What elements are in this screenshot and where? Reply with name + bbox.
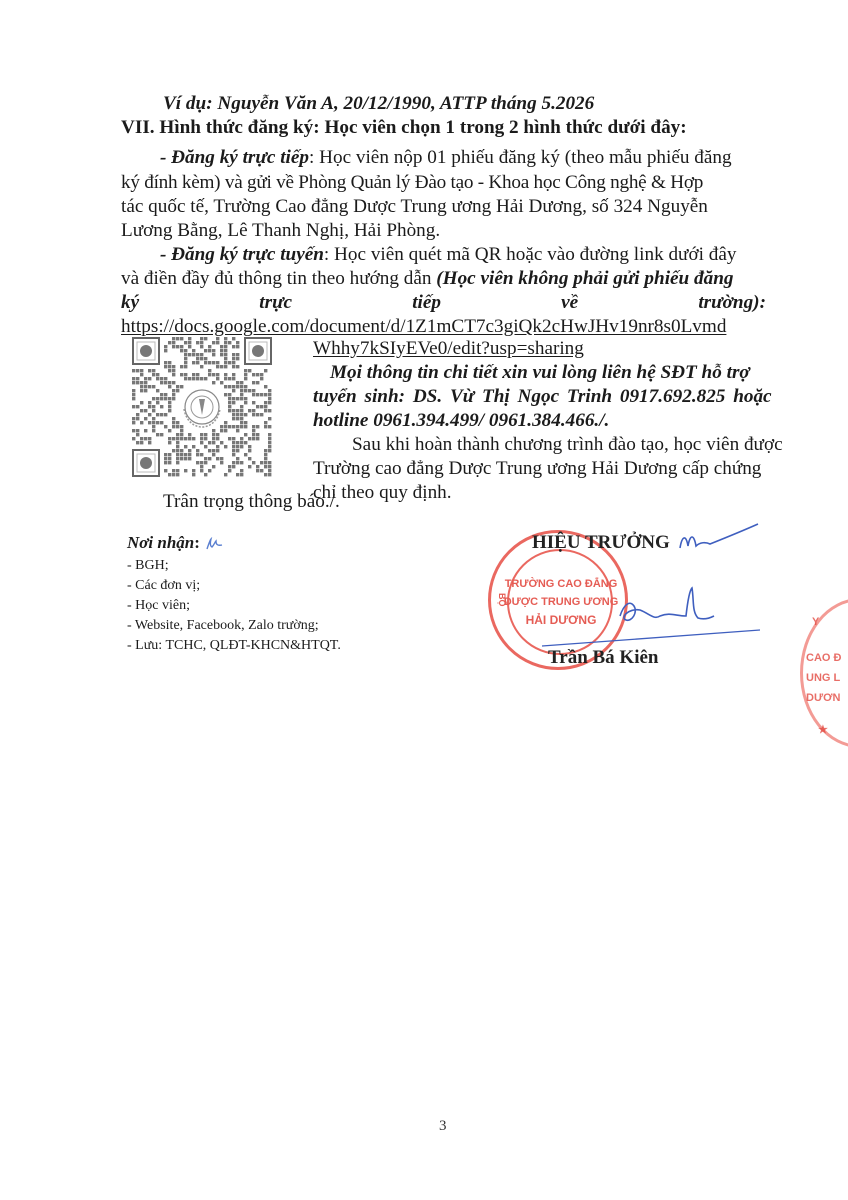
section-heading: VII. Hình thức đăng ký: Học viên chọn 1 … xyxy=(121,116,687,140)
registration-qr-code xyxy=(132,337,272,477)
online-registration-note: (Học viên không phải gửi phiếu đăng xyxy=(436,268,733,289)
recipient-item: - BGH; xyxy=(127,556,169,576)
contact-line-2: tuyển sinh: DS. Vừ Thị Ngọc Trinh 0917.6… xyxy=(313,385,772,409)
partial-stamp-line: UNG L xyxy=(806,670,840,686)
online-registration-line-1: - Đăng ký trực tuyến: Học viên quét mã Q… xyxy=(160,243,736,267)
signer-name: Trần Bá Kiên xyxy=(548,646,659,670)
note-word: tiếp xyxy=(412,291,441,315)
note-word: ký xyxy=(121,291,139,315)
registration-link-line-2[interactable]: Whhy7kSIyEVe0/edit?usp=sharing xyxy=(313,337,584,361)
page-number: 3 xyxy=(439,1118,447,1135)
partial-stamp-line: DƯƠN xyxy=(806,690,840,706)
registration-link-part-1[interactable]: https://docs.google.com/document/d/1Z1mC… xyxy=(121,316,726,337)
direct-registration-line-4: Lương Bằng, Lê Thanh Nghị, Hải Phòng. xyxy=(121,219,440,243)
recipients-title: Nơi nhận: xyxy=(127,533,224,553)
partial-stamp-line: Y xyxy=(812,614,819,630)
online-registration-text: : Học viên quét mã QR hoặc vào đường lin… xyxy=(324,244,737,265)
stamp-side-text: BỘ xyxy=(497,593,507,607)
signer-title: HIỆU TRƯỞNG xyxy=(532,531,670,555)
online-registration-instruction: và điền đầy đủ thông tin theo hướng dẫn xyxy=(121,268,436,289)
note-word: trường): xyxy=(698,291,766,315)
recipients-title-text: Nơi nhận xyxy=(127,533,194,552)
note-word: về xyxy=(561,291,578,315)
qr-code-icon xyxy=(132,337,272,477)
partial-stamp-line: CAO Đ xyxy=(806,650,841,666)
contact-line-1: Mọi thông tin chi tiết xin vui lòng liên… xyxy=(330,361,750,385)
direct-registration-text: : Học viên nộp 01 phiếu đăng ký (theo mẫ… xyxy=(309,147,732,168)
partial-stamp-star-icon: ★ xyxy=(818,722,828,738)
closing-line: Trân trọng thông báo./. xyxy=(163,490,340,514)
recipient-item: - Website, Facebook, Zalo trường; xyxy=(127,616,319,636)
direct-registration-label: - Đăng ký trực tiếp xyxy=(160,147,309,168)
document-page: Ví dụ: Nguyễn Văn A, 20/12/1990, ATTP th… xyxy=(0,0,848,1200)
example-line: Ví dụ: Nguyễn Văn A, 20/12/1990, ATTP th… xyxy=(163,92,594,116)
recipient-item: - Lưu: TCHC, QLĐT-KHCN&HTQT. xyxy=(127,636,341,656)
stamp-line: HẢI DƯƠNG xyxy=(491,613,631,627)
stamp-line: DƯỢC TRUNG ƯƠNG xyxy=(491,595,631,609)
online-registration-line-2: và điền đầy đủ thông tin theo hướng dẫn … xyxy=(121,267,733,291)
completion-line-1: Sau khi hoàn thành chương trình đào tạo,… xyxy=(352,433,783,457)
contact-line-3: hotline 0961.394.499/ 0961.384.466./. xyxy=(313,409,609,433)
stamp-line: TRƯỜNG CAO ĐẲNG xyxy=(491,577,631,591)
initial-mark-icon xyxy=(204,537,224,551)
direct-registration-line-1: - Đăng ký trực tiếp: Học viên nộp 01 phi… xyxy=(160,146,732,170)
registration-link-line-1[interactable]: https://docs.google.com/document/d/1Z1mC… xyxy=(121,315,726,339)
direct-registration-line-3: tác quốc tế, Trường Cao đẳng Dược Trung … xyxy=(121,195,708,219)
recipient-item: - Các đơn vị; xyxy=(127,576,200,596)
online-registration-line-3: ký trực tiếp về trường): xyxy=(121,291,766,315)
completion-line-2: Trường cao đẳng Dược Trung ương Hải Dươn… xyxy=(313,457,761,481)
online-registration-label: - Đăng ký trực tuyến xyxy=(160,244,324,265)
direct-registration-line-2: ký đính kèm) và gửi về Phòng Quản lý Đào… xyxy=(121,171,703,195)
registration-link-part-2[interactable]: Whhy7kSIyEVe0/edit?usp=sharing xyxy=(313,338,584,359)
note-word: trực xyxy=(259,291,292,315)
recipient-item: - Học viên; xyxy=(127,596,190,616)
